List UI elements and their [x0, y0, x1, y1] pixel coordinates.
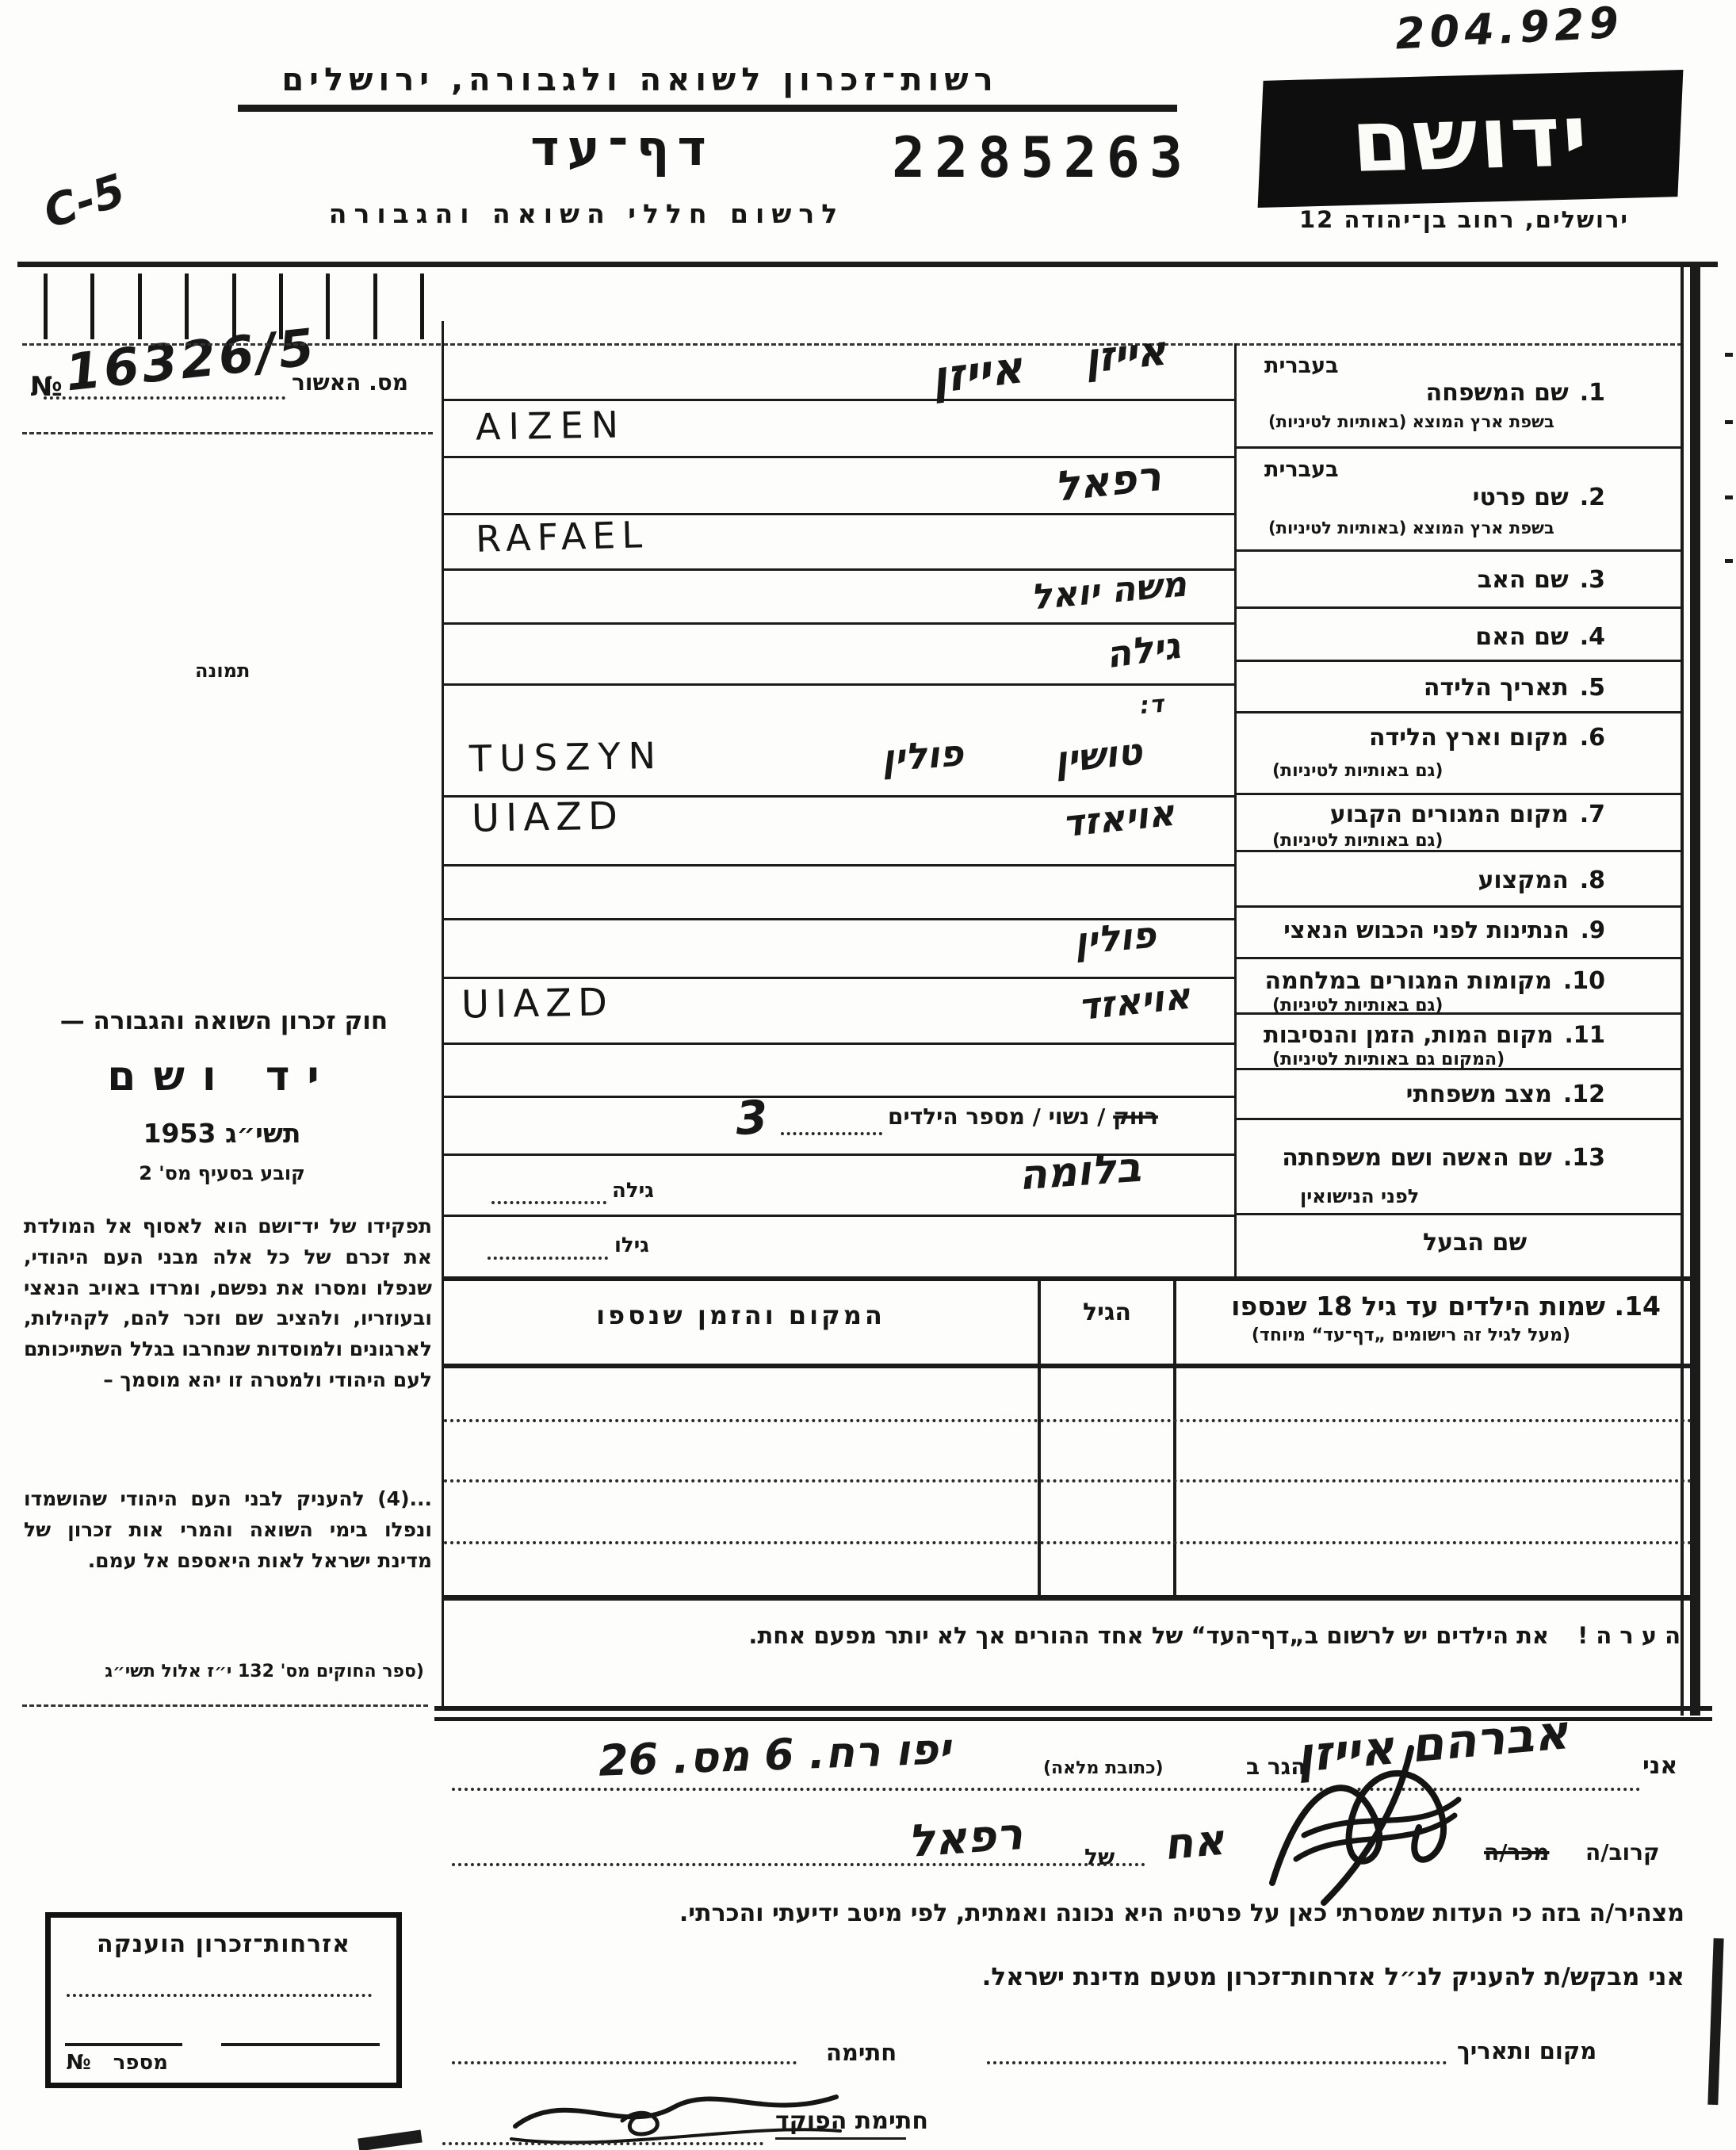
field-title: מקום המגורים הקבוע [1330, 801, 1569, 828]
tick-mark [326, 274, 330, 339]
field-number: 8. [1580, 867, 1605, 894]
law-year: תשי״ג 1953 [99, 1118, 345, 1149]
field-1-sub: בשפת ארץ המוצא (באותיות לטיניות) [1268, 412, 1554, 431]
official-signature-scribble [503, 2077, 844, 2150]
residence-hebrew: אויאזד [1061, 791, 1177, 846]
rule-line [442, 977, 1234, 979]
note-label: הערה! [1577, 1622, 1688, 1649]
field-6-label: 6. מקום וארץ הלידה [1369, 724, 1605, 752]
field-title: מצב משפחתי [1406, 1081, 1552, 1108]
field-title: הנתינות לפני הכבוש הנאצי [1283, 916, 1570, 943]
declarant-address-handwritten: יפו רח. 6 מס. 26 [598, 1723, 951, 1785]
first-name-hebrew: רפאל [1052, 453, 1163, 511]
place-date-label: מקום ותאריך [1457, 2037, 1596, 2064]
declaration-request: אני מבקש/ת להעניק לנ״ל אזרחות־זכרון מטעם… [836, 1963, 1684, 1991]
birth-date-mark: ד: [1139, 691, 1165, 720]
field-9-label: 9. הנתינות לפני הכבוש הנאצי [1283, 916, 1605, 943]
declaration-i-label: אני [1642, 1752, 1677, 1780]
field-number: 1. [1580, 379, 1605, 407]
marital-rest: / נשוי / מספר הילדים [888, 1104, 1105, 1130]
field-1-label: 1. שם המשפחה [1426, 379, 1605, 407]
scan-artifact [1707, 1938, 1723, 2105]
children-table-row [444, 1541, 1696, 1595]
main-rule [17, 262, 1718, 267]
grant-box-short-line-right [221, 2043, 380, 2046]
relation-handwritten: אח [1161, 1815, 1226, 1869]
law-section: קובע בסעיף מס' 2 [87, 1162, 357, 1184]
table-age-column-header: הגיל [1041, 1299, 1173, 1326]
field-7-sub: (גם באותיות לטיניות) [1272, 831, 1443, 851]
children-table-row [444, 1419, 1696, 1479]
field-number: 12. [1563, 1081, 1605, 1108]
field-2-label: 2. שם פרטי [1473, 484, 1605, 511]
place-date-line [987, 2061, 1447, 2064]
residence-latin: UIAZD [472, 794, 625, 840]
table-top-border [442, 1276, 1700, 1281]
form-title: דף־עד [507, 119, 737, 177]
field-8-label: 8. המקצוע [1478, 867, 1605, 894]
field-10-sub: (גם באותיות לטיניות) [1272, 996, 1443, 1016]
rule-line [1234, 549, 1682, 552]
field-6-sub: (גם באותיות לטיניות) [1272, 761, 1443, 781]
approval-label: מס. האשור [292, 369, 408, 396]
rule-line [1234, 711, 1682, 713]
archival-number-handwritten: 204.929 [1394, 0, 1625, 59]
grant-number-label: מספר [113, 2051, 168, 2075]
first-name-latin: RAFAEL [475, 513, 648, 560]
birth-place-hebrew: טושין [1052, 729, 1144, 781]
victim-name-handwritten: רפאל [906, 1808, 1024, 1868]
field-title: שם האב [1478, 566, 1569, 594]
law-paragraph-2: ...(4) להעניק לבני העם היהודי שהושמדו ונ… [24, 1484, 432, 1576]
wife-name-hebrew: בלומה [1017, 1144, 1142, 1200]
logo-text: ידושם [1348, 86, 1592, 192]
rule-line [442, 864, 1234, 867]
tick-mark [420, 274, 424, 339]
citizenship-hebrew: פולין [1073, 913, 1158, 963]
birth-place-latin: TUSZYN [469, 734, 664, 780]
children-table-row [444, 1479, 1696, 1540]
marital-options: רווק / נשוי / מספר הילדים [888, 1104, 1158, 1130]
rule-line [1234, 446, 1682, 449]
field-number: 2. [1580, 484, 1605, 511]
war-residence-latin: UIAZD [461, 980, 614, 1027]
org-title: רשות־זכרון לשואה ולגבורה, ירושלים [159, 62, 1122, 98]
rule-line [1234, 905, 1682, 908]
declaration-statement: מצהיר/ה בזה כי העדות שמסרתי כאן על פרטיה… [468, 1899, 1684, 1927]
relative-label: קרוב/ה [1585, 1839, 1660, 1865]
field-title: שם האם [1475, 623, 1568, 651]
wife-age-label: גילה [612, 1179, 654, 1203]
serial-number-stamp: 2285263 [892, 125, 1192, 190]
family-name-latin: AIZEN [476, 403, 627, 448]
grant-box-line [67, 1994, 372, 1997]
field-4-label: 4. שם האם [1475, 623, 1605, 651]
field-number: 9. [1581, 916, 1605, 943]
law-heading: חוק זכרון השואה והגבורה — [28, 1007, 420, 1035]
field-number: 3. [1580, 566, 1605, 594]
scan-artifact [358, 2130, 422, 2150]
rule-line [442, 399, 1234, 401]
label-column-border [1234, 343, 1237, 1279]
field-5-label: 5. תאריך הלידה [1424, 674, 1605, 702]
field-11-label: 11. מקום המות, הזמן והנסיבות [1264, 1021, 1605, 1048]
scan-artifact [1725, 559, 1733, 563]
rule-line [1234, 606, 1682, 609]
children-count-handwritten: 3 [734, 1090, 769, 1146]
field-number: 13. [1563, 1144, 1605, 1172]
grant-box-number-row: מספר № [65, 2051, 168, 2075]
declaration-line-2 [452, 1863, 1145, 1866]
field-title: מקום המות, הזמן והנסיבות [1264, 1021, 1554, 1048]
signature-label: חתימה [826, 2039, 897, 2066]
tick-mark [90, 274, 94, 339]
husband-age-label: גילו [614, 1234, 649, 1257]
approval-dotted-line [44, 396, 285, 400]
field-11-sub: (המקום גם באותיות לטיניות) [1272, 1050, 1505, 1069]
field-13-label: 13. שם האשה ושם משפחתה [1282, 1144, 1605, 1172]
field-1-pre: בעברית [1264, 354, 1339, 378]
wife-age-line [491, 1201, 606, 1204]
logo-address: ירושלים, רחוב בן־יהודה 12 [1250, 206, 1678, 233]
grant-box-short-line-left [65, 2043, 182, 2046]
rule-line [442, 1215, 1234, 1217]
family-name-hebrew: אייזן [928, 342, 1025, 404]
tick-mark [185, 274, 189, 339]
field-10-label: 10. מקומות המגורים במלחמה [1264, 967, 1605, 995]
rule-line [1234, 660, 1682, 662]
tick-mark [373, 274, 377, 339]
rule-line [442, 1096, 1234, 1098]
rule-line [1234, 793, 1682, 795]
form-subtitle: לרשום חללי השואה והגבורה [297, 198, 876, 229]
children-table-row [444, 1368, 1696, 1419]
field-12-label: 12. מצב משפחתי [1406, 1081, 1605, 1108]
field-title: שם פרטי [1473, 484, 1569, 511]
field-number: 11. [1565, 1021, 1605, 1048]
table-bottom-border [442, 1595, 1700, 1601]
scan-artifact [1725, 495, 1733, 499]
marital-single-struck: רווק [1113, 1104, 1158, 1130]
rule-line [1234, 1118, 1682, 1120]
table-title: שמות הילדים עד גיל 18 שנספו [1231, 1291, 1605, 1322]
children-count-line [781, 1132, 882, 1135]
law-paragraph-1: תפקידו של יד־ושם הוא לאסוף אל המולדת את … [24, 1211, 432, 1396]
photo-label: תמונה [195, 660, 250, 682]
note-text: את הילדים יש לרשום ב„דף־העד“ של אחד ההור… [748, 1622, 1549, 1649]
field-13-sub: לפני הנישואין [1300, 1185, 1419, 1207]
father-name-hebrew: משה יואל [1029, 564, 1188, 618]
grant-box-title: אזרחות־זכרון הוענקה [51, 1930, 396, 1958]
mother-name-hebrew: גילה [1103, 624, 1183, 676]
sidebar-bottom-dashed [22, 1704, 428, 1707]
field-number: 5. [1580, 674, 1605, 702]
address-hint: (כתובת מלאה) [1043, 1758, 1164, 1778]
official-signature-dotted [442, 2142, 763, 2145]
rule-line [442, 622, 1234, 625]
field-number: 10. [1563, 967, 1605, 995]
rule-line [442, 683, 1234, 686]
field-2-pre: בעברית [1264, 457, 1339, 482]
corner-mark-handwritten: C-5 [37, 165, 131, 239]
title-underline [238, 105, 1177, 112]
testimony-page: C-5 204.929 רשות־זכרון לשואה ולגבורה, יר… [0, 0, 1736, 2150]
scan-artifact [1725, 420, 1733, 424]
field-3-label: 3. שם האב [1478, 566, 1605, 594]
family-name-hebrew-scribble: אייזן [1082, 327, 1168, 383]
field-number: 6. [1580, 724, 1605, 752]
table-title-row: 14. שמות הילדים עד גיל 18 שנספו [1189, 1291, 1661, 1322]
yad-vashem-logo: ידושם [1258, 70, 1684, 208]
rule-line [1234, 1213, 1682, 1215]
law-name: יד ושם [99, 1053, 345, 1100]
rule-line [1234, 957, 1682, 959]
table-field-number: 14. [1615, 1291, 1661, 1322]
tick-mark [44, 274, 48, 339]
tick-mark [138, 274, 142, 339]
field-title: מקום וארץ הלידה [1369, 724, 1569, 752]
rule-line [442, 1042, 1234, 1045]
grant-number-sign: № [66, 2051, 90, 2075]
field-number: 4. [1580, 623, 1605, 651]
table-place-column-header: המקום והזמן שנספו [444, 1300, 1038, 1330]
field-2-sub: בשפת ארץ המוצא (באותיות לטיניות) [1268, 518, 1554, 537]
field-title: המקצוע [1478, 867, 1568, 894]
crossed-out-scribble [1248, 1732, 1494, 1903]
field-title: שם המשפחה [1426, 379, 1569, 407]
field-number: 7. [1580, 801, 1605, 828]
husband-label: שם הבעל [1423, 1229, 1527, 1257]
note-line: הערה! את הילדים יש לרשום ב„דף־העד“ של אח… [444, 1622, 1688, 1649]
of-label: של [1084, 1844, 1115, 1870]
husband-age-line [488, 1257, 608, 1260]
field-title: מקומות המגורים במלחמה [1264, 967, 1551, 995]
law-source: (ספר החוקים מס' 132 י״ז אלול תשי״ג [24, 1662, 424, 1681]
field-title: תאריך הלידה [1424, 674, 1569, 702]
table-subtitle: (מעל לגיל זה רישומים „דף־עד“ מיוחד) [1189, 1326, 1633, 1345]
war-residence-hebrew: אויאזד [1076, 974, 1193, 1029]
scan-artifact [1725, 353, 1733, 357]
field-title: שם האשה ושם משפחתה [1282, 1144, 1552, 1172]
field-7-label: 7. מקום המגורים הקבוע [1330, 801, 1605, 828]
memorial-citizenship-box: אזרחות־זכרון הוענקה מספר № [45, 1912, 402, 2088]
sidebar-dashed-line [22, 432, 433, 434]
birth-country-hebrew: פולין [880, 731, 965, 779]
form-top-dashed [22, 343, 1682, 346]
signature-line [452, 2061, 797, 2064]
